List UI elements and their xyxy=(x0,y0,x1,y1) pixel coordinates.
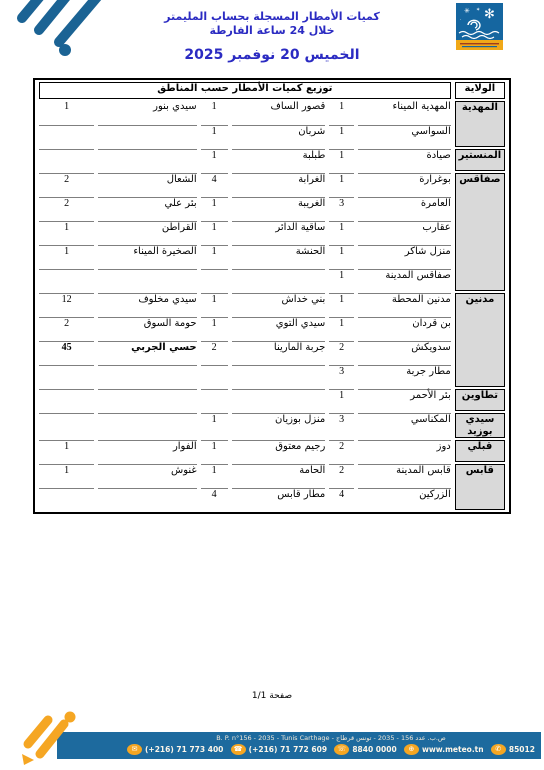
governorate-cell: قابس xyxy=(455,464,505,510)
station-name: سيدي مخلوف xyxy=(98,293,196,315)
station-name: منزل بوزيان xyxy=(232,413,326,438)
station-name: العامرة xyxy=(358,197,451,219)
governorate-cell: المنستير xyxy=(455,149,505,171)
footer-bar: B. P. n°156 - 2035 - Tunis Carthage - ص.… xyxy=(57,732,541,759)
rain-value: 1 xyxy=(201,245,228,267)
report-subtitle: خلال 24 ساعة الفارطة xyxy=(0,24,544,38)
station-name: قابس المدينة xyxy=(358,464,451,486)
table-row: صفاقس المدينة1 xyxy=(39,269,505,291)
globe-icon: ⊕ xyxy=(404,744,419,755)
table-row: قابسقابس المدينة2الحامة1غنوش1 xyxy=(39,464,505,486)
rain-value: 1 xyxy=(39,245,94,267)
contact-website: ⊕ www.meteo.tn xyxy=(404,744,484,755)
report-title: كميات الأمطار المسجلة بحساب المليمتر xyxy=(0,10,544,24)
station-name: مطار جربة xyxy=(358,365,451,387)
rain-value: 1 xyxy=(201,413,228,438)
rain-value: 3 xyxy=(329,413,354,438)
station-name: ساقية الدائر xyxy=(232,221,326,243)
rain-value xyxy=(39,269,94,291)
station-name: بئر الأحمر xyxy=(358,389,451,411)
decoration-dot xyxy=(65,712,76,723)
station-name: منزل شاكر xyxy=(358,245,451,267)
rain-value: 1 xyxy=(201,221,228,243)
station-name xyxy=(98,125,196,147)
rain-value: 1 xyxy=(201,149,228,171)
governorate-header: الولاية xyxy=(455,82,505,99)
rain-value xyxy=(201,389,228,411)
rain-value: 1 xyxy=(201,317,228,339)
station-name: الغريبة xyxy=(232,197,326,219)
station-name: القراطن xyxy=(98,221,196,243)
page-number: صفحة 1/1 xyxy=(0,691,544,701)
station-name: سيدي بنور xyxy=(98,101,196,123)
rain-value xyxy=(39,389,94,411)
rain-value xyxy=(39,413,94,438)
table-row: سدويكش2جربة المارينا2حسي الجربي45 xyxy=(39,341,505,363)
footer-phone-number: (+216) 71 773 400 xyxy=(145,745,223,754)
rain-value: 1 xyxy=(329,149,354,171)
station-name: رجيم معتوق xyxy=(232,440,326,462)
rain-value: 45 xyxy=(39,341,94,363)
rain-value: 1 xyxy=(329,101,354,123)
station-name: طبلبة xyxy=(232,149,326,171)
rainfall-report-page: ✻ ✳ ✶ · كميات الأمطار المسجلة بحساب المل… xyxy=(0,0,544,770)
station-name xyxy=(98,413,196,438)
rain-value: 1 xyxy=(39,221,94,243)
rain-value: 1 xyxy=(201,293,228,315)
table-row: المنستيرصيادة1طبلبة1 xyxy=(39,149,505,171)
station-name: السواسي xyxy=(358,125,451,147)
station-name: صفاقس المدينة xyxy=(358,269,451,291)
station-name: الحنشة xyxy=(232,245,326,267)
table-row: منزل شاكر1الحنشة1الصخيرة الميناء1 xyxy=(39,245,505,267)
station-name: الحامة xyxy=(232,464,326,486)
rain-value xyxy=(39,488,94,510)
governorate-cell: تطاوين xyxy=(455,389,505,411)
station-name: قصور الساف xyxy=(232,101,326,123)
rain-value: 1 xyxy=(329,269,354,291)
governorate-cell: سيدي بوزيد xyxy=(455,413,505,438)
footer-address: B. P. n°156 - 2035 - Tunis Carthage - ص.… xyxy=(127,734,535,742)
rain-value: 2 xyxy=(201,341,228,363)
station-name: حسي الجربي xyxy=(98,341,196,363)
rain-value: 4 xyxy=(201,173,228,195)
station-name xyxy=(98,488,196,510)
station-name: المكناسي xyxy=(358,413,451,438)
rain-value: 1 xyxy=(329,125,354,147)
table-row: العامرة3الغريبة1بئر علي2 xyxy=(39,197,505,219)
station-name: بني خداش xyxy=(232,293,326,315)
rain-value: 1 xyxy=(201,125,228,147)
station-name: شربان xyxy=(232,125,326,147)
rain-value xyxy=(39,365,94,387)
table-row: بن قردان1سيدي التوي1حومة السوق2 xyxy=(39,317,505,339)
table-row: تطاوينبئر الأحمر1 xyxy=(39,389,505,411)
rain-value: 2 xyxy=(39,197,94,219)
station-name xyxy=(98,269,196,291)
station-name: بن قردان xyxy=(358,317,451,339)
rain-value: 4 xyxy=(201,488,228,510)
table-row: صفاقسبوغرارة1الغرابة4الشعال2 xyxy=(39,173,505,195)
table-row: عقارب1ساقية الدائر1القراطن1 xyxy=(39,221,505,243)
rain-value: 2 xyxy=(39,317,94,339)
rainfall-table: الولايةتوزيع كميات الأمطار حسب المناطقال… xyxy=(33,78,511,514)
footer-callcenter-number: 8840 0000 xyxy=(352,745,396,754)
rain-value: 1 xyxy=(39,101,94,123)
rain-value: 2 xyxy=(329,464,354,486)
table-header-row: الولايةتوزيع كميات الأمطار حسب المناطق xyxy=(39,82,505,99)
station-name: المهدية الميناء xyxy=(358,101,451,123)
rain-value: 1 xyxy=(329,221,354,243)
phone-icon: ☏ xyxy=(334,744,349,755)
table-row: سيدي بوزيدالمكناسي3منزل بوزيان1 xyxy=(39,413,505,438)
station-name: عقارب xyxy=(358,221,451,243)
station-name: بوغرارة xyxy=(358,173,451,195)
station-name xyxy=(232,389,326,411)
governorate-cell: مدنين xyxy=(455,293,505,387)
rain-value xyxy=(201,365,228,387)
rain-value: 1 xyxy=(201,197,228,219)
contact-callcenter: ☏ 8840 0000 xyxy=(334,744,396,755)
distribution-header: توزيع كميات الأمطار حسب المناطق xyxy=(39,82,451,99)
station-name: الغرابة xyxy=(232,173,326,195)
rain-value: 2 xyxy=(39,173,94,195)
station-name: جربة المارينا xyxy=(232,341,326,363)
rain-value xyxy=(201,269,228,291)
rain-value: 1 xyxy=(39,464,94,486)
table-row: مدنينمدنين المحطة1بني خداش1سيدي مخلوف12 xyxy=(39,293,505,315)
governorate-cell: صفاقس xyxy=(455,173,505,291)
station-name xyxy=(98,149,196,171)
station-name: صيادة xyxy=(358,149,451,171)
governorate-cell: المهدية xyxy=(455,101,505,147)
station-name: دوز xyxy=(358,440,451,462)
footer-website: www.meteo.tn xyxy=(422,745,484,754)
mail-icon: ✉ xyxy=(127,744,142,755)
contact-sms: ✆ 85012 xyxy=(491,744,535,755)
fax-icon: ☎ xyxy=(231,744,246,755)
rain-value: 1 xyxy=(329,245,354,267)
station-name: الزركين xyxy=(358,488,451,510)
contact-phone1: ✉ (+216) 71 773 400 xyxy=(127,744,223,755)
station-name xyxy=(232,365,326,387)
rain-value: 3 xyxy=(329,365,354,387)
rain-value xyxy=(39,125,94,147)
report-date: الخميس 20 نوفمبر 2025 xyxy=(0,47,544,63)
station-name: سدويكش xyxy=(358,341,451,363)
rain-value: 2 xyxy=(329,440,354,462)
table-row: الزركين4مطار قابس4 xyxy=(39,488,505,510)
table-row: قبليدوز2رجيم معتوق1الفوار1 xyxy=(39,440,505,462)
governorate-cell: قبلي xyxy=(455,440,505,462)
rain-value: 3 xyxy=(329,197,354,219)
rain-value xyxy=(39,149,94,171)
rain-value: 1 xyxy=(329,173,354,195)
station-name: سيدي التوي xyxy=(232,317,326,339)
rain-value: 2 xyxy=(329,341,354,363)
station-name: حومة السوق xyxy=(98,317,196,339)
rain-value: 1 xyxy=(329,293,354,315)
rain-value: 1 xyxy=(201,440,228,462)
footer-decoration xyxy=(20,710,82,765)
footer-sms-number: 85012 xyxy=(509,745,535,754)
station-name: مدنين المحطة xyxy=(358,293,451,315)
station-name: الصخيرة الميناء xyxy=(98,245,196,267)
station-name xyxy=(232,269,326,291)
station-name xyxy=(98,365,196,387)
station-name: بئر علي xyxy=(98,197,196,219)
footer-fax-number: (+216) 71 772 609 xyxy=(249,745,327,754)
contact-fax: ☎ (+216) 71 772 609 xyxy=(231,744,327,755)
station-name: مطار قابس xyxy=(232,488,326,510)
station-name: الشعال xyxy=(98,173,196,195)
rain-value: 4 xyxy=(329,488,354,510)
rain-value: 1 xyxy=(329,317,354,339)
table-row: المهديةالمهدية الميناء1قصور الساف1سيدي ب… xyxy=(39,101,505,123)
station-name: الفوار xyxy=(98,440,196,462)
footer-contacts: ✉ (+216) 71 773 400 ☎ (+216) 71 772 609 … xyxy=(127,744,535,755)
rain-value: 1 xyxy=(39,440,94,462)
station-name xyxy=(98,389,196,411)
rain-value: 12 xyxy=(39,293,94,315)
table-row: مطار جربة3 xyxy=(39,365,505,387)
rain-value: 1 xyxy=(201,101,228,123)
table-row: السواسي1شربان1 xyxy=(39,125,505,147)
decoration-wedge xyxy=(22,754,34,765)
rain-value: 1 xyxy=(329,389,354,411)
sms-icon: ✆ xyxy=(491,744,506,755)
station-name: غنوش xyxy=(98,464,196,486)
rain-value: 1 xyxy=(201,464,228,486)
report-header: كميات الأمطار المسجلة بحساب المليمتر خلا… xyxy=(0,10,544,63)
